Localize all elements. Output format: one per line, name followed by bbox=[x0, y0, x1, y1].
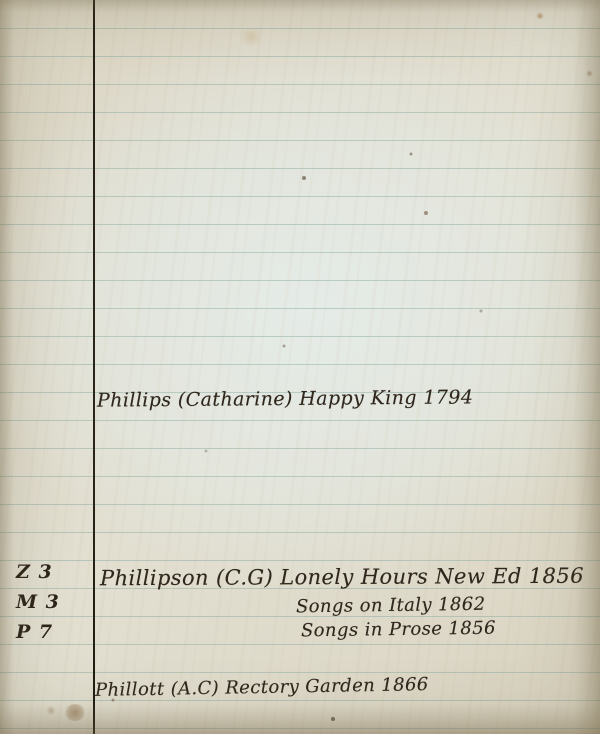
catalog-entry-songs-on-italy: Songs on Italy 1862 bbox=[296, 596, 486, 617]
shelfmark-code-p7: P 7 bbox=[16, 623, 53, 642]
ledger-page: Z 3 M 3 P 7 Phillips (Catharine) Happy K… bbox=[0, 0, 600, 734]
shelfmark-code-z3: Z 3 bbox=[16, 563, 53, 582]
catalog-entry-songs-in-prose: Songs in Prose 1856 bbox=[301, 620, 496, 641]
catalog-entry-phillipson-lonely-hours: Phillipson (C.G) Lonely Hours New Ed 185… bbox=[100, 566, 584, 590]
margin-rule-line bbox=[93, 0, 95, 734]
catalog-entry-phillips-catharine: Phillips (Catharine) Happy King 1794 bbox=[97, 388, 473, 410]
shelfmark-code-m3: M 3 bbox=[16, 593, 60, 612]
